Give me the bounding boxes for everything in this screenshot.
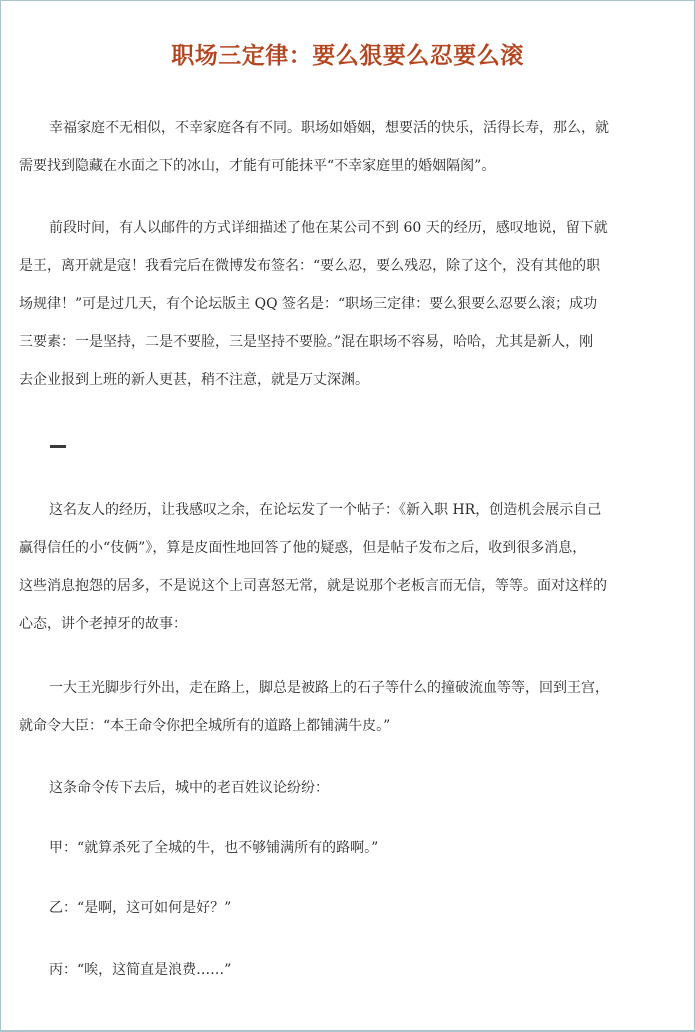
paragraph-6: 甲：“就算杀死了全城的牛，也不够铺满所有的路啊。” — [19, 829, 679, 867]
text-line: 乙：“是啊，这可如何是好？” — [19, 889, 679, 927]
paragraph-4: 一大王光脚步行外出，走在路上，脚总是被路上的石子等什么的撞破流血等等，回到王宫，… — [19, 669, 679, 745]
paragraph-1: 幸福家庭不无相似，不幸家庭各有不同。职场如婚姻，想要活的快乐，活得长寿，那么，就… — [19, 109, 679, 185]
text-line: 就命令大臣：“本王命令你把全城所有的道路上都铺满牛皮。” — [19, 707, 679, 745]
text-line: 前段时间，有人以邮件的方式详细描述了他在某公司不到 60 天的经历，感叹地说，留… — [19, 209, 679, 247]
paragraph-8: 丙：“唉，这简直是浪费……” — [19, 951, 679, 989]
text-line: 场规律！”可是过几天，有个论坛版主 QQ 签名是：“职场三定律：要么狠要么忍要么… — [19, 285, 679, 323]
text-line: 这些消息抱怨的居多，不是说这个上司喜怒无常，就是说那个老板言而无信，等等。面对这… — [19, 567, 679, 605]
text-line: 一大王光脚步行外出，走在路上，脚总是被路上的石子等什么的撞破流血等等，回到王宫， — [19, 669, 679, 707]
text-line: 丙：“唉，这简直是浪费……” — [19, 951, 679, 989]
paragraph-5: 这条命令传下去后，城中的老百姓议论纷纷： — [19, 769, 679, 807]
page-title: 职场三定律：要么狠要么忍要么滚 — [1, 37, 694, 70]
text-line: 去企业报到上班的新人更甚，稍不注意，就是万丈深渊。 — [19, 361, 679, 399]
paragraph-3: 这名友人的经历，让我感叹之余，在论坛发了一个帖子：《新入职 HR，创造机会展示自… — [19, 491, 679, 643]
paragraph-2: 前段时间，有人以邮件的方式详细描述了他在某公司不到 60 天的经历，感叹地说，留… — [19, 209, 679, 399]
paragraph-7: 乙：“是啊，这可如何是好？” — [19, 889, 679, 927]
text-line: 这条命令传下去后，城中的老百姓议论纷纷： — [19, 769, 679, 807]
text-line: 心态，讲个老掉牙的故事： — [19, 605, 679, 643]
text-line: 是王，离开就是寇！我看完后在微博发布签名：“要么忍，要么残忍，除了这个，没有其他… — [19, 247, 679, 285]
text-line: 幸福家庭不无相似，不幸家庭各有不同。职场如婚姻，想要活的快乐，活得长寿，那么，就 — [19, 109, 679, 147]
text-line: 这名友人的经历，让我感叹之余，在论坛发了一个帖子：《新入职 HR，创造机会展示自… — [19, 491, 679, 529]
document-page: 职场三定律：要么狠要么忍要么滚 幸福家庭不无相似，不幸家庭各有不同。职场如婚姻，… — [0, 0, 695, 1032]
text-line: 赢得信任的小“伎俩”》，算是皮面性地回答了他的疑惑，但是帖子发布之后，收到很多消… — [19, 529, 679, 567]
section-number-one — [50, 445, 66, 448]
text-line: 甲：“就算杀死了全城的牛，也不够铺满所有的路啊。” — [19, 829, 679, 867]
text-line: 需要找到隐藏在水面之下的冰山，才能有可能抹平“不幸家庭里的婚姻隔阂”。 — [19, 147, 679, 185]
text-line: 三要素：一是坚持，二是不要脸，三是坚持不要脸。”混在职场不容易，哈哈，尤其是新人… — [19, 323, 679, 361]
